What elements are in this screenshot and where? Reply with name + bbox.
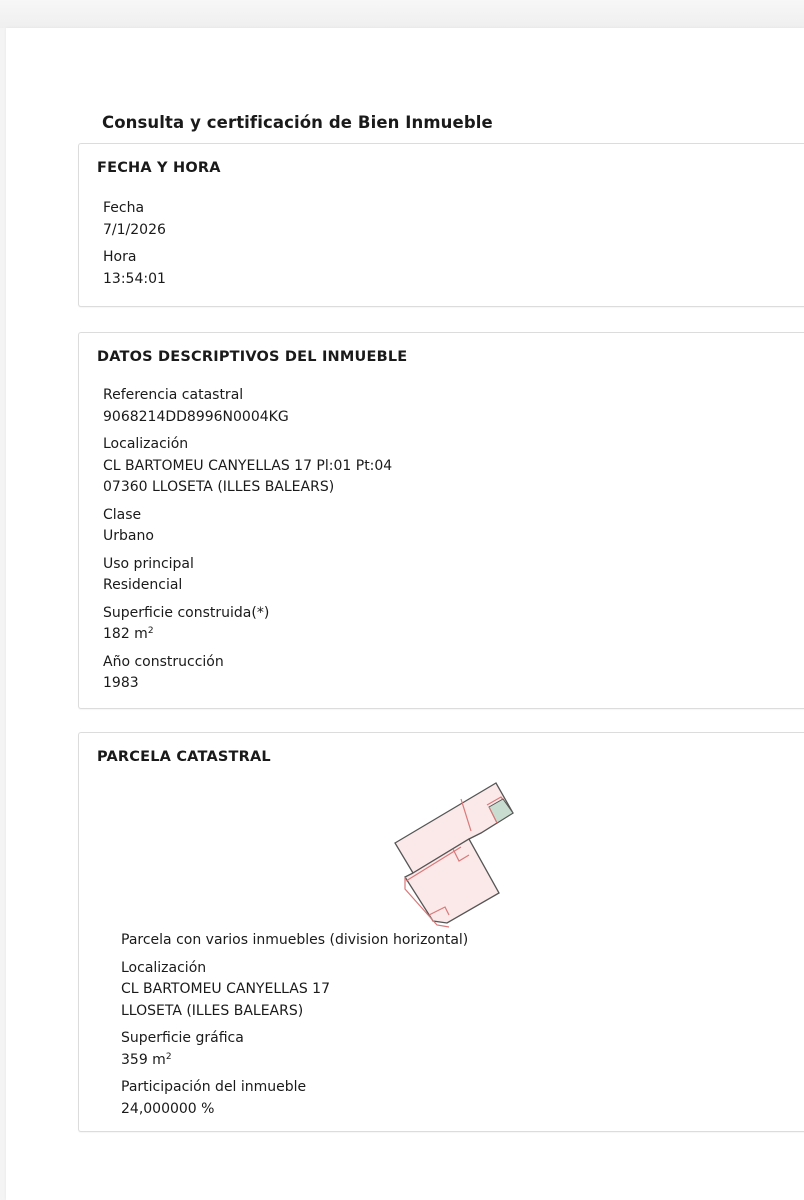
field-anio-construccion: Año construcción 1983 <box>103 652 392 695</box>
field-value-line2: LLOSETA (ILLES BALEARS) <box>121 1001 468 1023</box>
superficie-number: 359 m <box>121 1052 166 1068</box>
field-label: Superficie gráfica <box>121 1028 468 1050</box>
field-label: Localización <box>103 434 392 456</box>
field-value: 24,000000 % <box>121 1099 468 1121</box>
field-label: Año construcción <box>103 652 392 674</box>
field-label: Localización <box>121 958 468 980</box>
page-title: Consulta y certificación de Bien Inmuebl… <box>102 113 493 132</box>
field-value: 9068214DD8996N0004KG <box>103 407 392 429</box>
field-superficie-grafica: Superficie gráfica 359 m2 <box>121 1028 468 1071</box>
field-clase: Clase Urbano <box>103 505 392 548</box>
field-participacion: Participación del inmueble 24,000000 % <box>121 1077 468 1120</box>
field-label: Uso principal <box>103 554 392 576</box>
field-localizacion-parcela: Localización CL BARTOMEU CANYELLAS 17 LL… <box>121 958 468 1023</box>
field-value-line1: CL BARTOMEU CANYELLAS 17 Pl:01 Pt:04 <box>103 456 392 478</box>
field-value: 182 m2 <box>103 624 392 646</box>
parcel-map-icon <box>387 781 517 931</box>
field-value: 1983 <box>103 673 392 695</box>
field-value: 7/1/2026 <box>103 220 166 242</box>
field-fecha: Fecha 7/1/2026 <box>103 198 166 241</box>
field-value: Residencial <box>103 575 392 597</box>
field-label: Participación del inmueble <box>121 1077 468 1099</box>
field-label: Superficie construida(*) <box>103 603 392 625</box>
superficie-number: 182 m <box>103 626 148 642</box>
parcela-heading: PARCELA CATASTRAL <box>97 749 271 765</box>
datos-descriptivos-fields: Referencia catastral 9068214DD8996N0004K… <box>103 385 392 701</box>
document-page: Consulta y certificación de Bien Inmuebl… <box>6 28 804 1200</box>
unit-superscript: 2 <box>166 1052 172 1062</box>
parcela-fields: Parcela con varios inmuebles (division h… <box>121 930 468 1126</box>
field-value: Urbano <box>103 526 392 548</box>
field-uso-principal: Uso principal Residencial <box>103 554 392 597</box>
fecha-hora-fields: Fecha 7/1/2026 Hora 13:54:01 <box>103 198 166 296</box>
browser-top-strip <box>0 0 804 28</box>
unit-superscript: 2 <box>148 626 154 636</box>
field-value: 13:54:01 <box>103 269 166 291</box>
field-label: Fecha <box>103 198 166 220</box>
parcela-descripcion: Parcela con varios inmuebles (division h… <box>121 930 468 952</box>
field-superficie-construida: Superficie construida(*) 182 m2 <box>103 603 392 646</box>
field-label: Referencia catastral <box>103 385 392 407</box>
datos-descriptivos-heading: DATOS DESCRIPTIVOS DEL INMUEBLE <box>97 349 407 365</box>
field-label: Clase <box>103 505 392 527</box>
field-value-line1: CL BARTOMEU CANYELLAS 17 <box>121 979 468 1001</box>
field-label: Hora <box>103 247 166 269</box>
field-value-line2: 07360 LLOSETA (ILLES BALEARS) <box>103 477 392 499</box>
field-value: 359 m2 <box>121 1050 468 1072</box>
field-descripcion: Parcela con varios inmuebles (division h… <box>121 930 468 952</box>
field-hora: Hora 13:54:01 <box>103 247 166 290</box>
fecha-hora-heading: FECHA Y HORA <box>97 160 221 176</box>
field-localizacion: Localización CL BARTOMEU CANYELLAS 17 Pl… <box>103 434 392 499</box>
field-referencia-catastral: Referencia catastral 9068214DD8996N0004K… <box>103 385 392 428</box>
datos-descriptivos-card: DATOS DESCRIPTIVOS DEL INMUEBLE Referenc… <box>78 332 804 709</box>
parcela-catastral-card: PARCELA CATASTRAL Parcela con varios inm… <box>78 732 804 1132</box>
fecha-hora-card: FECHA Y HORA Fecha 7/1/2026 Hora 13:54:0… <box>78 143 804 307</box>
